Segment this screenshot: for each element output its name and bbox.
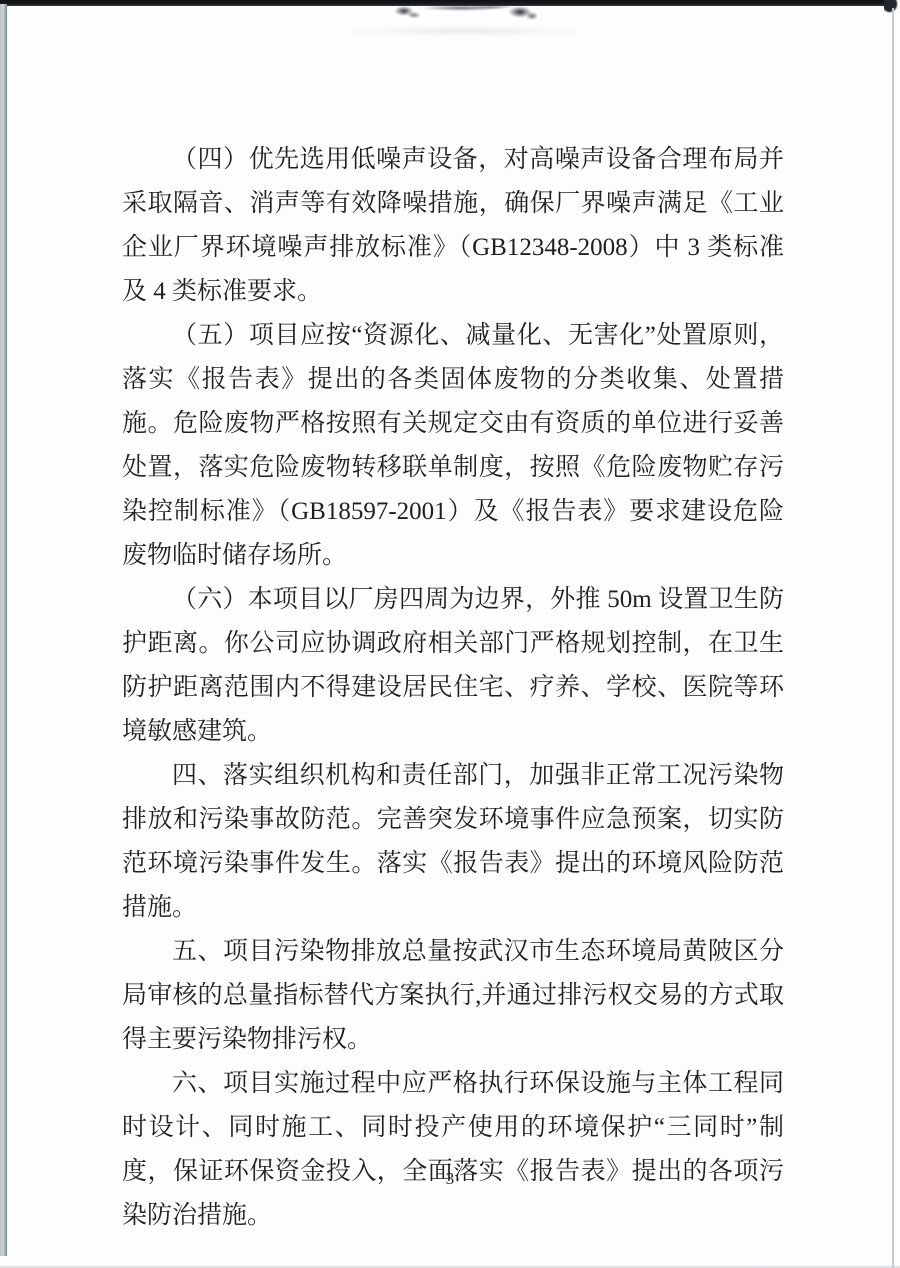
paragraph-four-risk-prevention: 四、落实组织机构和责任部门，加强非正常工况污染物排放和污染事故防范。完善突发环境… (122, 754, 784, 930)
paragraph-six-three-simultaneity: 六、项目实施过程中应严格执行环保设施与主体工程同时设计、同时施工、同时投产使用的… (122, 1062, 784, 1238)
scan-smear-artifact (300, 20, 630, 42)
ink-smudge-artifact (392, 3, 554, 21)
page-number: 3 (0, 1168, 900, 1190)
document-body: （四）优先选用低噪声设备，对高噪声设备合理布局并采取隔音、消声等有效降噪措施，确… (122, 138, 784, 1238)
paragraph-five-emission-quota: 五、项目污染物排放总量按武汉市生态环境局黄陂区分局审核的总量指标替代方案执行,并… (122, 930, 784, 1062)
paragraph-5-solid-waste: （五）项目应按“资源化、减量化、无害化”处置原则，落实《报告表》提出的各类固体废… (122, 314, 784, 578)
paragraph-4-noise-control: （四）优先选用低噪声设备，对高噪声设备合理布局并采取隔音、消声等有效降噪措施，确… (122, 138, 784, 314)
scan-edge-top-cap (884, 0, 898, 13)
paragraph-6-sanitary-buffer: （六）本项目以厂房四周为边界，外推 50m 设置卫生防护距离。你公司应协调政府相… (122, 578, 784, 754)
scan-edge-left (0, 4, 7, 1256)
scan-edge-right (892, 8, 894, 1268)
scanned-document-page: （四）优先选用低噪声设备，对高噪声设备合理布局并采取隔音、消声等有效降噪措施，确… (0, 0, 900, 1268)
